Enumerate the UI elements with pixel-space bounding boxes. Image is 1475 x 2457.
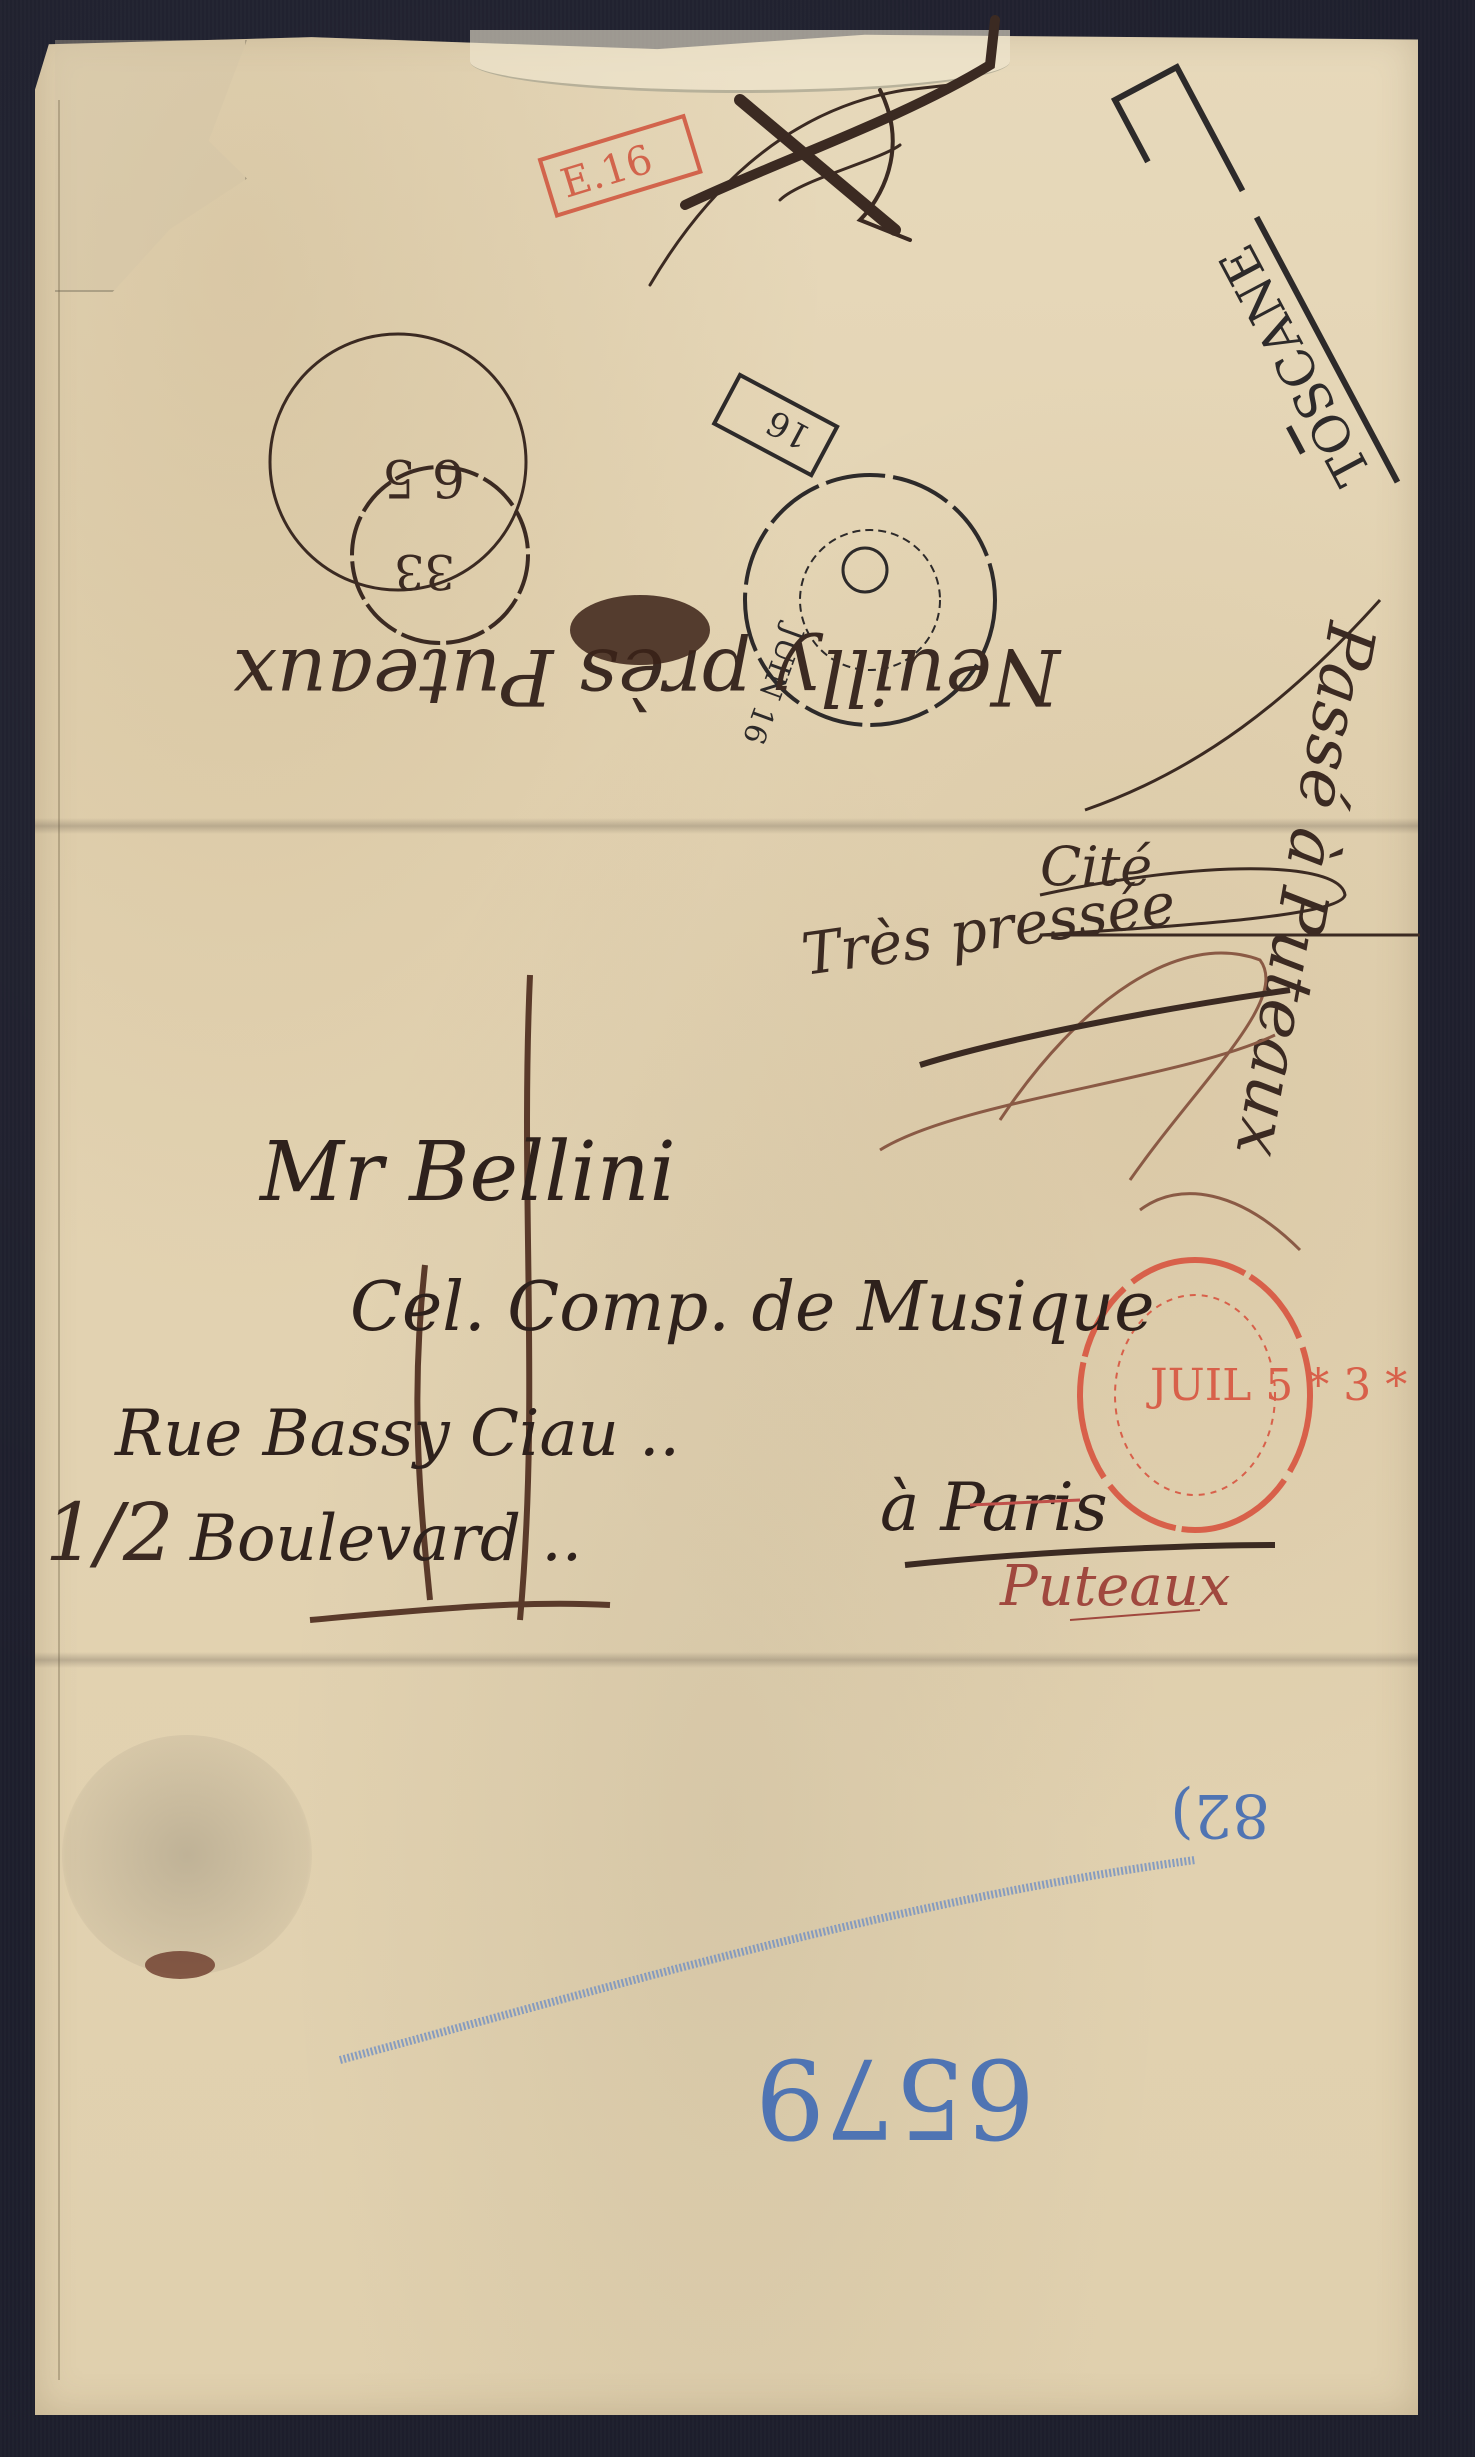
blue-pencil-marks: 82) 6579: [340, 1780, 1270, 2162]
address-block: Mr Bellini Cel. Comp. de Musique Rue Bas…: [114, 1125, 1154, 1576]
svg-text:6 5: 6 5: [382, 447, 465, 507]
cross-mark: [650, 20, 995, 285]
svg-text:E.16: E.16: [556, 136, 658, 207]
svg-text:82): 82): [1170, 1780, 1270, 1850]
upside-down-handwriting: Neuilly près Puteaux: [233, 595, 1063, 721]
svg-text:JUIL 5 * 3 *: JUIL 5 * 3 *: [1146, 1360, 1407, 1411]
svg-text:33: 33: [394, 543, 455, 599]
recipient-line-2: Cel. Comp. de Musique: [350, 1268, 1154, 1347]
ink-markings: E.16 TOSCANE 6 5 33 16 JUIN 16 Neuilly p…: [0, 0, 1475, 2457]
svg-text:Passé à Puteaux: Passé à Puteaux: [1220, 616, 1390, 1163]
red-boxed-stamp-e16: E.16: [540, 116, 700, 215]
black-boxed-stamp-toscane: TOSCANE: [1115, 67, 1397, 515]
recipient-line-1: Mr Bellini: [258, 1125, 676, 1220]
rate-fraction: 1/2: [45, 1486, 174, 1579]
recipient-line-3: Rue Bassy Ciau ..: [114, 1397, 680, 1471]
redirect-puteaux: Puteaux: [999, 1554, 1230, 1619]
svg-text:TOSCANE: TOSCANE: [1208, 235, 1383, 495]
ink-blot: [145, 1951, 215, 1979]
black-circle-stamp-left: 6 5 33: [270, 334, 528, 643]
tres-pressee: Très pressée: [797, 869, 1179, 989]
recipient-line-4: Boulevard ..: [189, 1502, 582, 1576]
svg-text:6579: 6579: [755, 2034, 1035, 2162]
recipient-line-5: à Paris: [880, 1469, 1108, 1546]
